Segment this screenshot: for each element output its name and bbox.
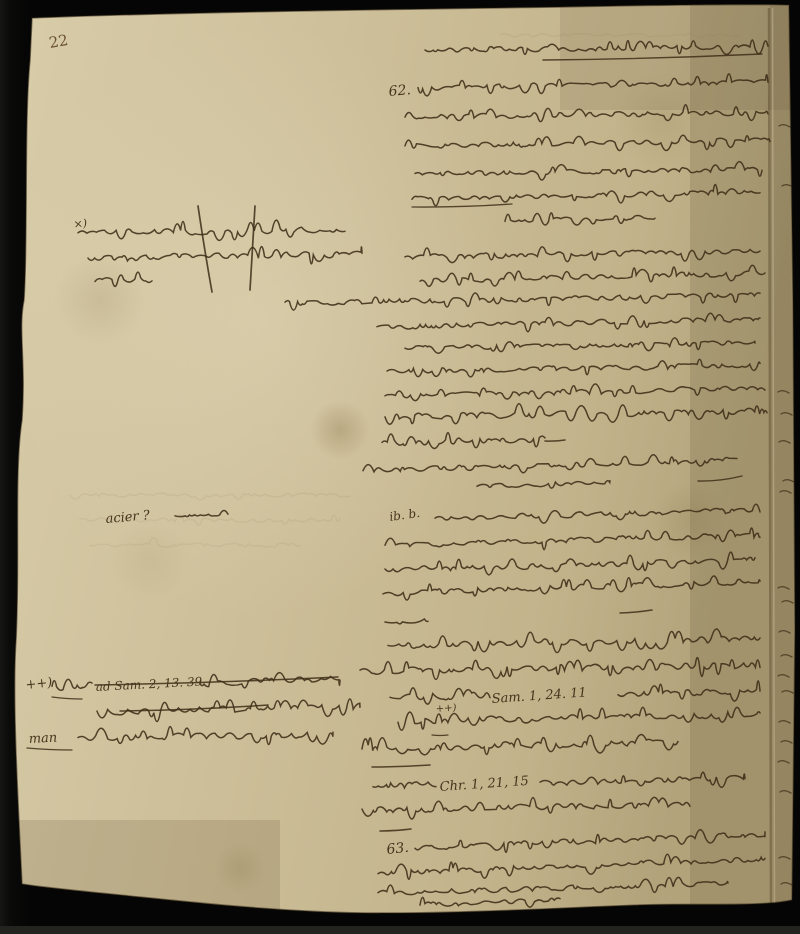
margin-marker-x: ×) — [73, 217, 88, 231]
stain — [110, 520, 190, 600]
plusplus-superscript: ++) — [435, 703, 456, 715]
page-number: 22 — [48, 31, 70, 52]
section-number-62: 62. — [388, 82, 412, 100]
stain — [310, 400, 370, 460]
ink-stroke — [432, 735, 448, 736]
section-number-63: 63. — [386, 840, 410, 858]
margin-marker-plusplus: ++) — [25, 675, 53, 693]
stain — [54, 254, 146, 346]
margin-word-man: man — [28, 731, 57, 747]
stain — [652, 482, 728, 558]
stain — [214, 842, 266, 894]
manuscript-page: 2262.×)acier ?ib. b.Sam. 1, 24. 11++)Chr… — [0, 0, 800, 934]
photo-scan: 2262.×)acier ?ib. b.Sam. 1, 24. 11++)Chr… — [0, 0, 800, 934]
